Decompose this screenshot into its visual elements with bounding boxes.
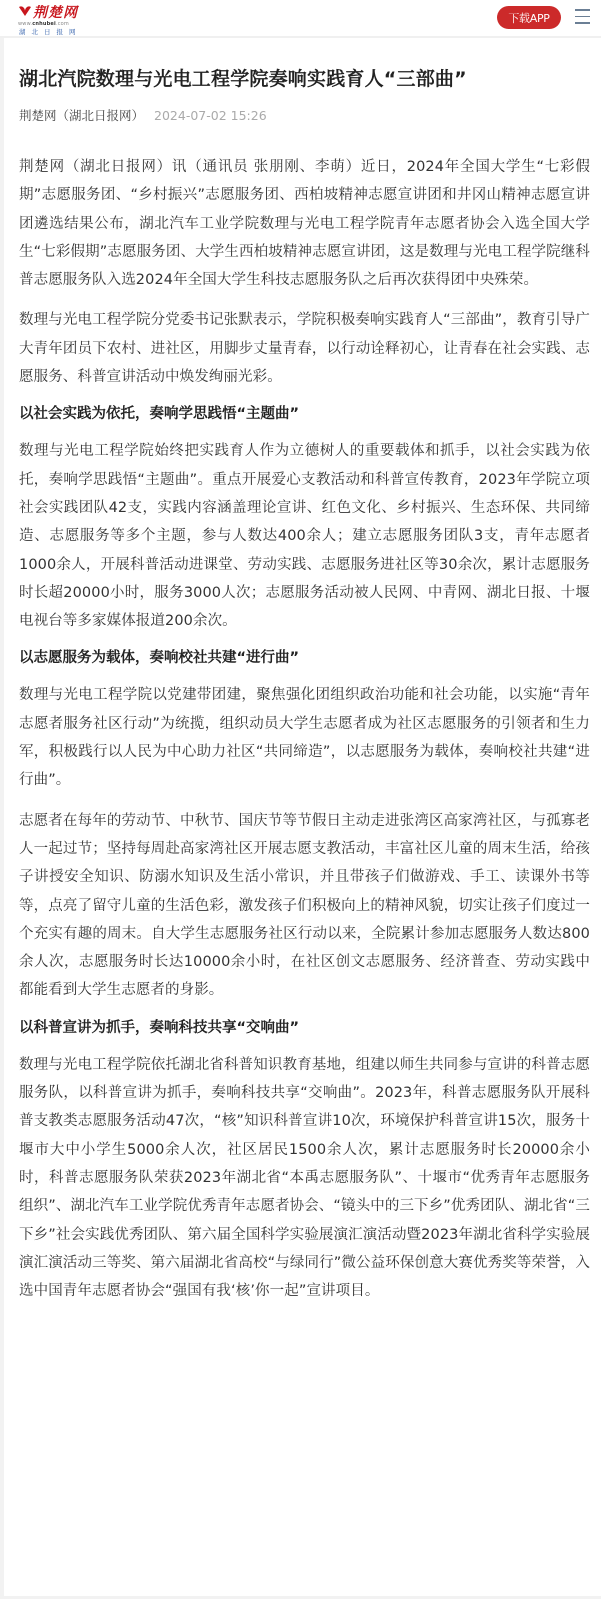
top-bar: 荆楚网 www.cnhubei.com 湖北日报网 下载APP — [0, 0, 601, 38]
article-body: 荆楚网（湖北日报网）讯（通讯员 张朋刚、李萌）近日，2024年全国大学生“七彩假… — [19, 153, 590, 1317]
paragraph: 数理与光电工程学院分党委书记张默表示，学院积极奏响实践育人“三部曲”，教育引导广… — [19, 306, 590, 391]
logo-subtitle: 湖北日报网 — [19, 27, 82, 36]
paragraph: 数理与光电工程学院以党建带团建，聚焦强化团组织政治功能和社会功能，以实施“青年志… — [19, 681, 590, 794]
article-title: 湖北汽院数理与光电工程学院奏响实践育人“三部曲” — [19, 66, 589, 92]
logo-mark-icon — [18, 5, 32, 17]
hamburger-menu-icon[interactable] — [575, 9, 590, 26]
article-source: 荆楚网（湖北日报网） — [19, 108, 144, 123]
article-meta: 荆楚网（湖北日报网）2024-07-02 15:26 — [19, 107, 267, 125]
site-logo[interactable]: 荆楚网 www.cnhubei.com 湖北日报网 — [18, 3, 88, 35]
article-datetime: 2024-07-02 15:26 — [154, 108, 267, 123]
paragraph: 志愿者在每年的劳动节、中秋节、国庆节等节假日主动走进张湾区高家湾社区，与孤寡老人… — [19, 807, 590, 1005]
section-heading: 以社会实践为依托，奏响学思践悟“主题曲” — [19, 403, 590, 425]
section-heading: 以科普宣讲为抓手，奏响科技共享“交响曲” — [19, 1017, 590, 1039]
paragraph-intro: 荆楚网（湖北日报网）讯（通讯员 张朋刚、李萌）近日，2024年全国大学生“七彩假… — [19, 153, 590, 294]
section-heading: 以志愿服务为载体，奏响校社共建“进行曲” — [19, 647, 590, 669]
download-app-button[interactable]: 下载APP — [497, 6, 561, 29]
paragraph: 数理与光电工程学院依托湖北省科普知识教育基地，组建以师生共同参与宣讲的科普志愿服… — [19, 1051, 590, 1306]
logo-brand: 荆楚网 — [33, 2, 78, 22]
paragraph: 数理与光电工程学院始终把实践育人作为立德树人的重要载体和抓手，以社会实践为依托，… — [19, 437, 590, 635]
